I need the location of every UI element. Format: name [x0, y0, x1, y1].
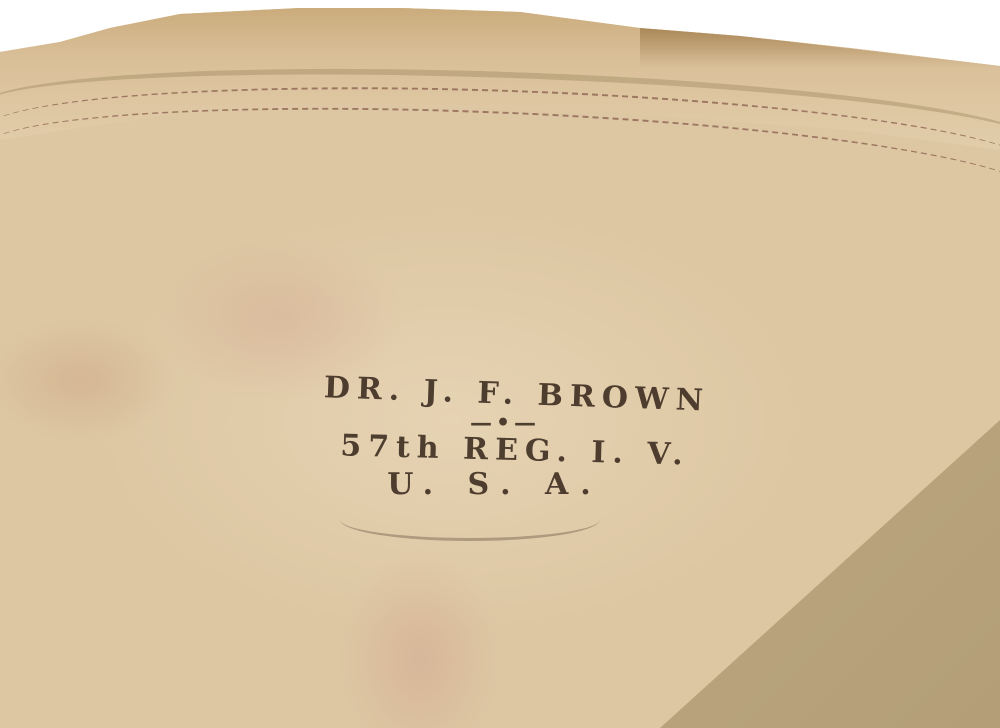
rim-worn-edge — [640, 28, 1000, 68]
stamp-country-line: U. S. A. — [220, 468, 770, 502]
stamp-arc — [340, 498, 600, 541]
photograph: DR. J. F. BROWN —•— 57th REG. I. V. U. S… — [0, 0, 1000, 728]
stenciled-inscription: DR. J. F. BROWN —•— 57th REG. I. V. U. S… — [270, 378, 770, 502]
